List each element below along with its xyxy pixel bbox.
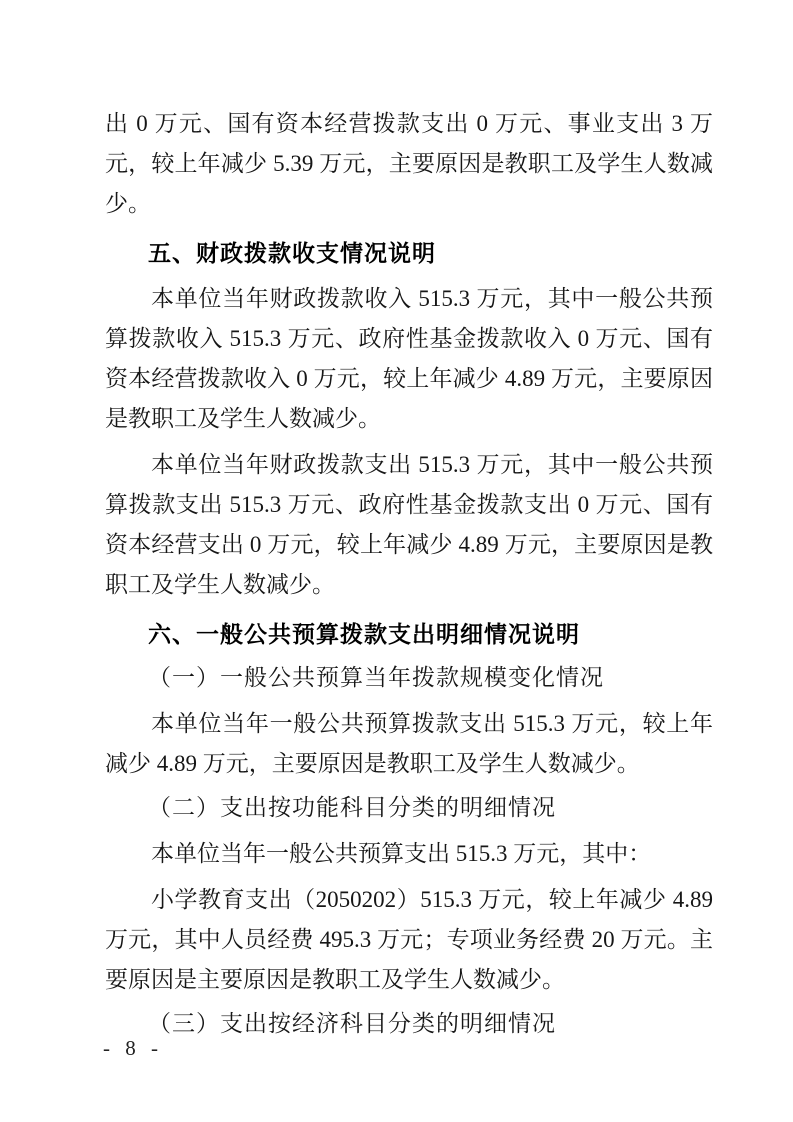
paragraph: 出 0 万元、国有资本经营拨款支出 0 万元、事业支出 3 万元，较上年减少 5… [105,104,713,224]
paragraph: 本单位当年财政拨款收入 515.3 万元，其中一般公共预算拨款收入 515.3 … [105,279,713,439]
subsection-heading: （一）一般公共预算当年拨款规模变化情况 [105,658,713,698]
paragraph: 本单位当年一般公共预算支出 515.3 万元，其中： [105,834,713,874]
page-number: - 8 - [103,1034,163,1062]
section-heading: 六、一般公共预算拨款支出明细情况说明 [105,614,713,654]
subsection-heading: （三）支出按经济科目分类的明细情况 [105,1004,713,1044]
document-content: 出 0 万元、国有资本经营拨款支出 0 万元、事业支出 3 万元，较上年减少 5… [105,104,713,1044]
paragraph: 小学教育支出（2050202）515.3 万元，较上年减少 4.89 万元，其中… [105,880,713,1000]
paragraph: 本单位当年一般公共预算拨款支出 515.3 万元，较上年减少 4.89 万元，主… [105,704,713,784]
document-page: 出 0 万元、国有资本经营拨款支出 0 万元、事业支出 3 万元，较上年减少 5… [0,0,793,1122]
subsection-heading: （二）支出按功能科目分类的明细情况 [105,788,713,828]
section-heading: 五、财政拨款收支情况说明 [105,233,713,273]
paragraph: 本单位当年财政拨款支出 515.3 万元，其中一般公共预算拨款支出 515.3 … [105,445,713,605]
